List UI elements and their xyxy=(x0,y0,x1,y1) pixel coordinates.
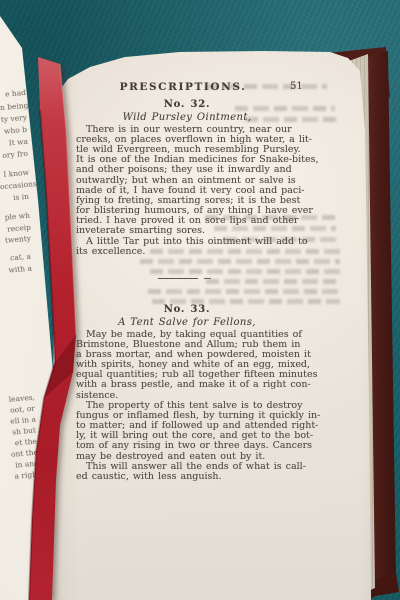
left-page-fragment: e had xyxy=(0,89,26,99)
left-page-fragment: et the xyxy=(5,438,38,449)
printed-text-block: PRESCRIPTIONS. 51 No. 32. Wild Pursley O… xyxy=(76,82,342,482)
left-page-fragment: cat, a xyxy=(0,253,31,264)
left-page-fragment: I know xyxy=(0,169,29,179)
left-page-fragment: leaves, xyxy=(4,394,36,405)
page-number: 51 xyxy=(290,82,303,92)
section-title: Wild Pursley Ointment, xyxy=(92,113,282,123)
left-page-fragment: ont the xyxy=(5,449,39,460)
section-title: A Tent Salve for Fellons, xyxy=(92,318,282,328)
section-number: No. 32. xyxy=(92,100,282,110)
left-page-fragment: oot, or xyxy=(4,405,36,416)
left-page-fragment: ty very xyxy=(0,114,27,124)
left-page-fragment: who b xyxy=(0,126,27,136)
left-page-fragment: twenty xyxy=(0,235,31,246)
left-page-fragment: a right xyxy=(6,471,41,482)
left-page-fragment: occasions xyxy=(0,181,30,192)
paragraph: A little Tar put into this ointment will… xyxy=(76,237,342,257)
section-divider xyxy=(158,278,198,279)
left-page-fragment: ple wh xyxy=(0,212,30,223)
page-header-row: PRESCRIPTIONS. 51 xyxy=(76,82,342,96)
left-page-fragment: with a xyxy=(0,265,32,276)
left-page-fragment: n being xyxy=(0,102,27,112)
left-page-fragment: receip xyxy=(0,224,31,235)
section-no-33: No. 33. A Tent Salve for Fellons, May be… xyxy=(76,305,342,482)
section-number: No. 33. xyxy=(92,305,282,315)
left-page-fragment: sh but xyxy=(4,427,37,438)
photo-of-open-book: { "page": { "header": "PRESCRIPTIONS.", … xyxy=(0,0,400,600)
left-page-fragment: It wa xyxy=(0,138,28,148)
main-page: PRESCRIPTIONS. 51 No. 32. Wild Pursley O… xyxy=(0,0,400,600)
left-page-fragment: ory fro xyxy=(0,150,28,160)
running-header: PRESCRIPTIONS. xyxy=(112,82,254,92)
paragraph: There is in our western country, near ou… xyxy=(76,125,342,237)
paragraph: The property of this tent salve is to de… xyxy=(76,401,342,462)
paragraph: May be made, by taking equal quantities … xyxy=(76,330,342,401)
paragraph: This will answer all the ends of what is… xyxy=(76,462,342,482)
left-page-fragment: in and xyxy=(6,460,40,471)
section-no-32: No. 32. Wild Pursley Ointment, There is … xyxy=(76,100,342,257)
left-page-fragment: is in xyxy=(0,193,29,203)
left-page-fragment: ell in a xyxy=(4,416,37,427)
